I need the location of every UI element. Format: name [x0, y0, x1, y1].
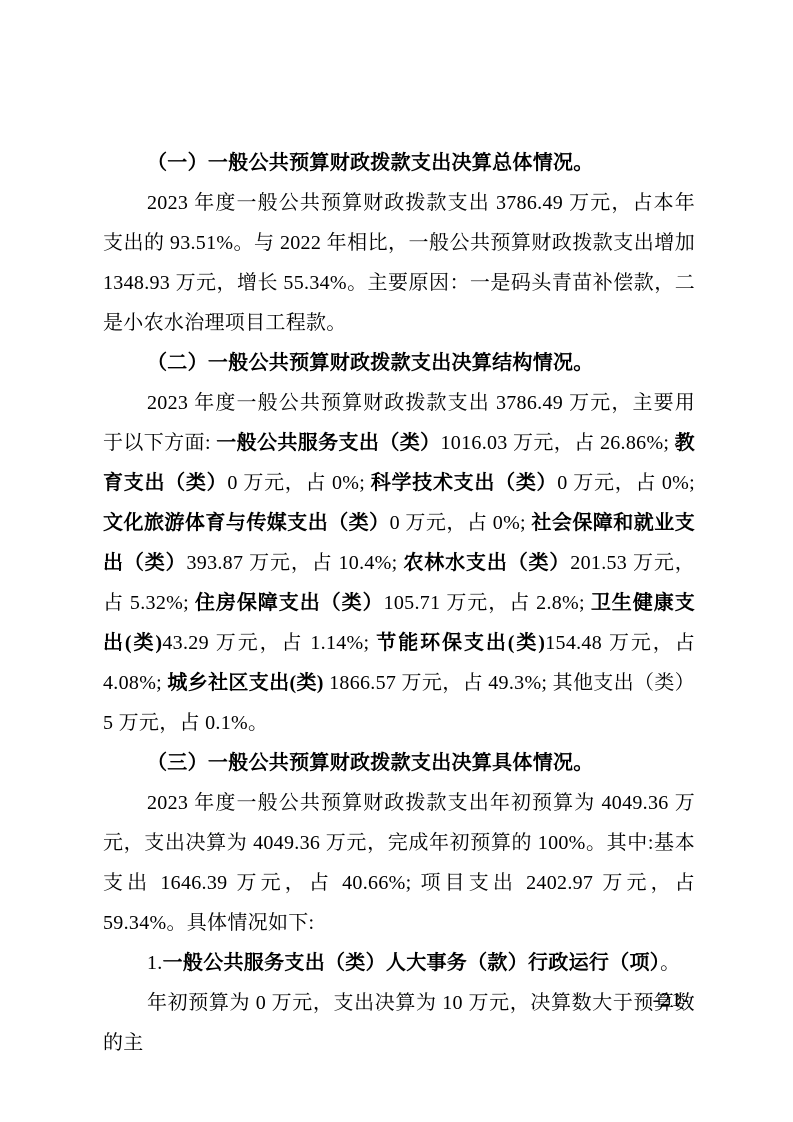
text-run: 年初预算为 0 万元，支出决算为 10 万元，决算数大于预算数的主 — [103, 992, 695, 1054]
text-run: 105.71 万元，占 2.8%; — [384, 592, 591, 614]
text-run: 43.29 万元，占 1.14%; — [162, 632, 376, 654]
section-heading-3: （三）一般公共预算财政拨款支出决算具体情况。 — [103, 743, 695, 783]
page-number: -21- — [653, 989, 690, 1012]
text-run: 393.87 万元，占 10.4%; — [186, 552, 403, 574]
text-run: 科学技术支出（类） — [371, 472, 557, 494]
text-run: （二）一般公共预算财政拨款支出决算结构情况。 — [147, 352, 594, 374]
paragraph-structure-situation: 2023 年度一般公共预算财政拨款支出 3786.49 万元，主要用于以下方面:… — [103, 383, 695, 743]
paragraph-item-1: 年初预算为 0 万元，支出决算为 10 万元，决算数大于预算数的主 — [103, 983, 695, 1063]
text-run: （三）一般公共预算财政拨款支出决算具体情况。 — [147, 752, 594, 774]
text-run: 2023 年度一般公共预算财政拨款支出 3786.49 万元，占本年支出的 93… — [103, 192, 695, 334]
text-run: 文化旅游体育与传媒支出（类） — [103, 512, 390, 534]
text-run: 1. — [147, 952, 163, 974]
text-run: 城乡社区支出(类) — [167, 672, 323, 694]
paragraph-specific-situation: 2023 年度一般公共预算财政拨款支出年初预算为 4049.36 万元，支出决算… — [103, 783, 695, 943]
text-run: 一般公共服务支出（类） — [216, 432, 440, 454]
item-heading-1: 1.一般公共服务支出（类）人大事务（款）行政运行（项）。 — [103, 943, 695, 983]
section-heading-1: （一）一般公共预算财政拨款支出决算总体情况。 — [103, 143, 695, 183]
text-run: 农林水支出（类） — [403, 552, 570, 574]
text-run: 0 万元，占 0%; — [557, 472, 695, 494]
section-heading-2: （二）一般公共预算财政拨款支出决算结构情况。 — [103, 343, 695, 383]
text-run: 0 万元，占 0%; — [390, 512, 532, 534]
text-run: 节能环保支出(类) — [376, 632, 545, 654]
text-run: 。 — [660, 952, 680, 974]
paragraph-overall-situation: 2023 年度一般公共预算财政拨款支出 3786.49 万元，占本年支出的 93… — [103, 183, 695, 343]
document-page: （一）一般公共预算财政拨款支出决算总体情况。2023 年度一般公共预算财政拨款支… — [0, 0, 793, 1122]
text-run: 0 万元，占 0%; — [227, 472, 370, 494]
document-body: （一）一般公共预算财政拨款支出决算总体情况。2023 年度一般公共预算财政拨款支… — [103, 143, 695, 1063]
text-run: 2023 年度一般公共预算财政拨款支出年初预算为 4049.36 万元，支出决算… — [103, 792, 695, 934]
text-run: 住房保障支出（类） — [195, 592, 384, 614]
text-run: 一般公共服务支出（类）人大事务（款）行政运行（项） — [163, 952, 661, 974]
text-run: 1016.03 万元，占 26.86%; — [441, 432, 675, 454]
text-run: （一）一般公共预算财政拨款支出决算总体情况。 — [147, 152, 594, 174]
